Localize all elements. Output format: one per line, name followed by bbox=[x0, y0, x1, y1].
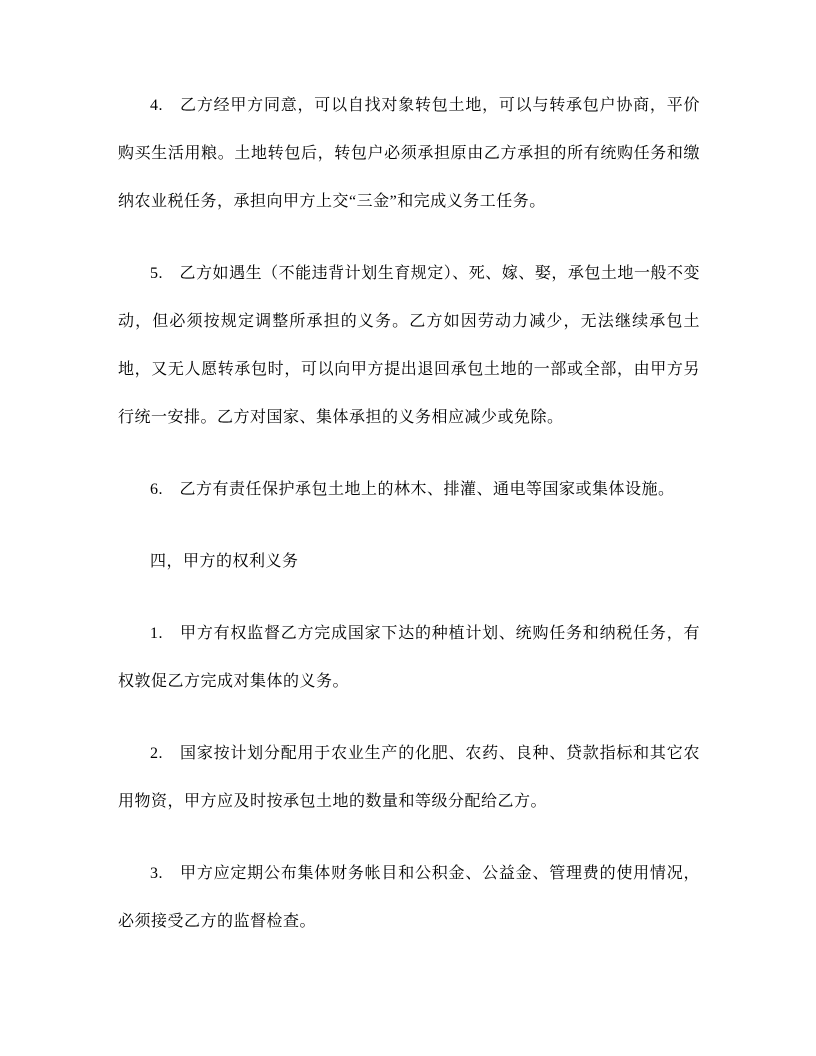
section4-clause-2-paragraph: 2. 国家按计划分配用于农业生产的化肥、农药、良种、贷款指标和其它农用物资，甲方… bbox=[118, 730, 700, 826]
clause-6-paragraph: 6. 乙方有责任保护承包土地上的林木、排灌、通电等国家或集体设施。 bbox=[118, 466, 700, 514]
clause-5-paragraph: 5. 乙方如遇生（不能违背计划生育规定）、死、嫁、娶，承包土地一般不变动，但必须… bbox=[118, 250, 700, 442]
clause-4-paragraph: 4. 乙方经甲方同意，可以自找对象转包土地，可以与转承包户协商，平价购买生活用粮… bbox=[118, 82, 700, 226]
document-body: 4. 乙方经甲方同意，可以自找对象转包土地，可以与转承包户协商，平价购买生活用粮… bbox=[118, 82, 700, 946]
section4-clause-3-paragraph: 3. 甲方应定期公布集体财务帐目和公积金、公益金、管理费的使用情况，必须接受乙方… bbox=[118, 850, 700, 946]
section-4-heading: 四，甲方的权利义务 bbox=[118, 538, 700, 586]
document-page: { "page": { "background_color": "#ffffff… bbox=[0, 0, 816, 1056]
section4-clause-1-paragraph: 1. 甲方有权监督乙方完成国家下达的种植计划、统购任务和纳税任务，有权敦促乙方完… bbox=[118, 610, 700, 706]
